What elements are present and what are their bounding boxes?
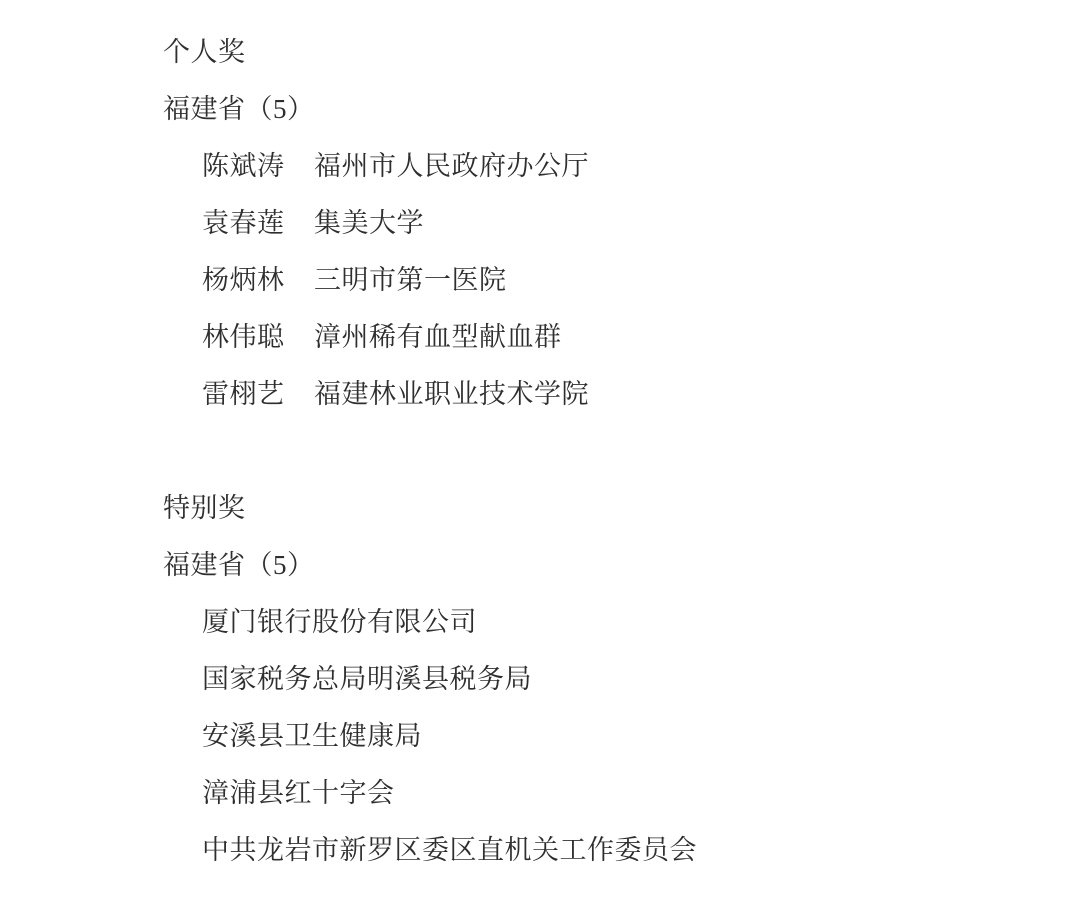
awardee-name: 林伟聪 [202,309,314,366]
organization-name: 国家税务总局明溪县税务局 [202,651,532,708]
section-title-individual-award: 个人奖 [0,24,1080,81]
section-subtitle-fujian-count: 福建省（5） [0,537,1080,594]
awardee-affiliation: 福州市人民政府办公厅 [314,138,589,195]
awardee-affiliation: 漳州稀有血型献血群 [314,309,562,366]
award-document-page: 个人奖 福建省（5） 陈斌涛福州市人民政府办公厅 袁春莲集美大学 杨炳林三明市第… [0,0,1080,901]
award-entry: 袁春莲集美大学 [0,195,1080,252]
award-entry: 林伟聪漳州稀有血型献血群 [0,309,1080,366]
awardee-name: 陈斌涛 [202,138,314,195]
award-entry: 国家税务总局明溪县税务局 [0,651,1080,708]
organization-name: 安溪县卫生健康局 [202,708,422,765]
awardee-name: 袁春莲 [202,195,314,252]
awardee-name: 雷栩艺 [202,366,314,423]
awardee-affiliation: 福建林业职业技术学院 [314,366,589,423]
awardee-affiliation: 集美大学 [314,195,424,252]
section-subtitle-fujian-count: 福建省（5） [0,81,1080,138]
award-entry: 安溪县卫生健康局 [0,708,1080,765]
section-title-special-award: 特别奖 [0,480,1080,537]
section-gap [0,423,1080,480]
award-entry: 厦门银行股份有限公司 [0,594,1080,651]
award-entry: 中共龙岩市新罗区委区直机关工作委员会 [0,822,1080,879]
organization-name: 厦门银行股份有限公司 [202,594,477,651]
award-entry: 雷栩艺福建林业职业技术学院 [0,366,1080,423]
award-entry: 杨炳林三明市第一医院 [0,252,1080,309]
organization-name: 中共龙岩市新罗区委区直机关工作委员会 [202,822,697,879]
award-entry: 陈斌涛福州市人民政府办公厅 [0,138,1080,195]
organization-name: 漳浦县红十字会 [202,765,395,822]
awardee-affiliation: 三明市第一医院 [314,252,507,309]
awardee-name: 杨炳林 [202,252,314,309]
award-entry: 漳浦县红十字会 [0,765,1080,822]
